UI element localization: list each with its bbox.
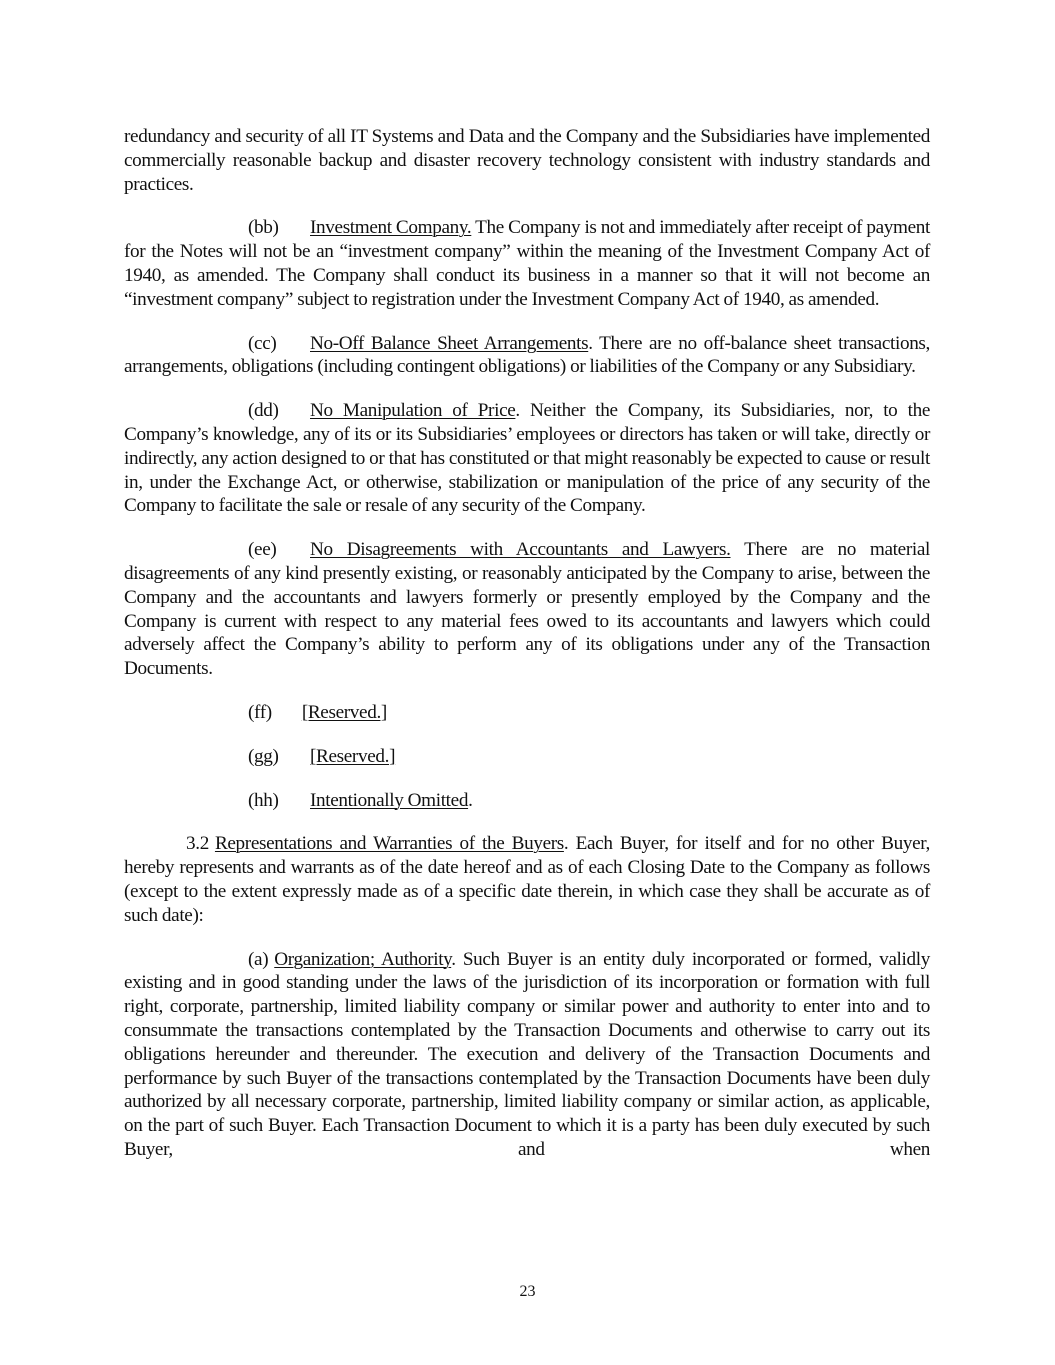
section-text: . Such Buyer is an entity duly incorpora… bbox=[124, 949, 930, 1160]
section-title: No Disagreements with Accountants and La… bbox=[310, 539, 731, 560]
section-dd-no-manipulation: (dd)No Manipulation of Price. Neither th… bbox=[124, 399, 930, 518]
section-label: (bb) bbox=[248, 216, 310, 240]
section-title: [Reserved.] bbox=[310, 746, 395, 767]
section-text: . Neither the Company, its Subsidiaries,… bbox=[124, 400, 930, 516]
section-label: 3.2 bbox=[186, 832, 209, 856]
section-gg-reserved: (gg)[Reserved.] bbox=[124, 745, 930, 769]
section-hh-intentionally-omitted: (hh)Intentionally Omitted. bbox=[124, 789, 930, 813]
section-a-organization-authority: (a)Organization; Authority. Such Buyer i… bbox=[124, 948, 930, 1162]
section-label: (dd) bbox=[248, 399, 310, 423]
section-label: (gg) bbox=[248, 745, 310, 769]
section-title: Investment Company. bbox=[310, 217, 471, 238]
section-3-2-buyer-representations: 3.2Representations and Warranties of the… bbox=[124, 832, 930, 927]
section-title: Organization; Authority bbox=[274, 949, 451, 970]
section-label: (hh) bbox=[248, 789, 310, 813]
section-label: (ee) bbox=[248, 538, 310, 562]
section-text: The Company is not and immediately after… bbox=[124, 217, 930, 309]
section-title: Intentionally Omitted bbox=[310, 790, 468, 811]
section-ff-reserved: (ff)[Reserved.] bbox=[124, 701, 930, 725]
section-bb-investment-company: (bb)Investment Company. The Company is n… bbox=[124, 216, 930, 311]
section-label: (ff) bbox=[248, 702, 272, 723]
section-text: . bbox=[468, 790, 472, 811]
section-label: (a) bbox=[248, 948, 268, 972]
section-title: [Reserved.] bbox=[272, 702, 387, 723]
section-title: No-Off Balance Sheet Arrangements bbox=[310, 333, 588, 354]
section-label: (cc) bbox=[248, 332, 310, 356]
section-cc-off-balance-sheet: (cc)No-Off Balance Sheet Arrangements. T… bbox=[124, 332, 930, 380]
document-page: redundancy and security of all IT System… bbox=[124, 125, 930, 1182]
paragraph-continuation: redundancy and security of all IT System… bbox=[124, 125, 930, 196]
section-ee-no-disagreements: (ee)No Disagreements with Accountants an… bbox=[124, 538, 930, 681]
paragraph-text: redundancy and security of all IT System… bbox=[124, 126, 930, 195]
page-number: 23 bbox=[0, 1283, 1055, 1301]
section-title: No Manipulation of Price bbox=[310, 400, 515, 421]
section-title: Representations and Warranties of the Bu… bbox=[215, 833, 564, 854]
